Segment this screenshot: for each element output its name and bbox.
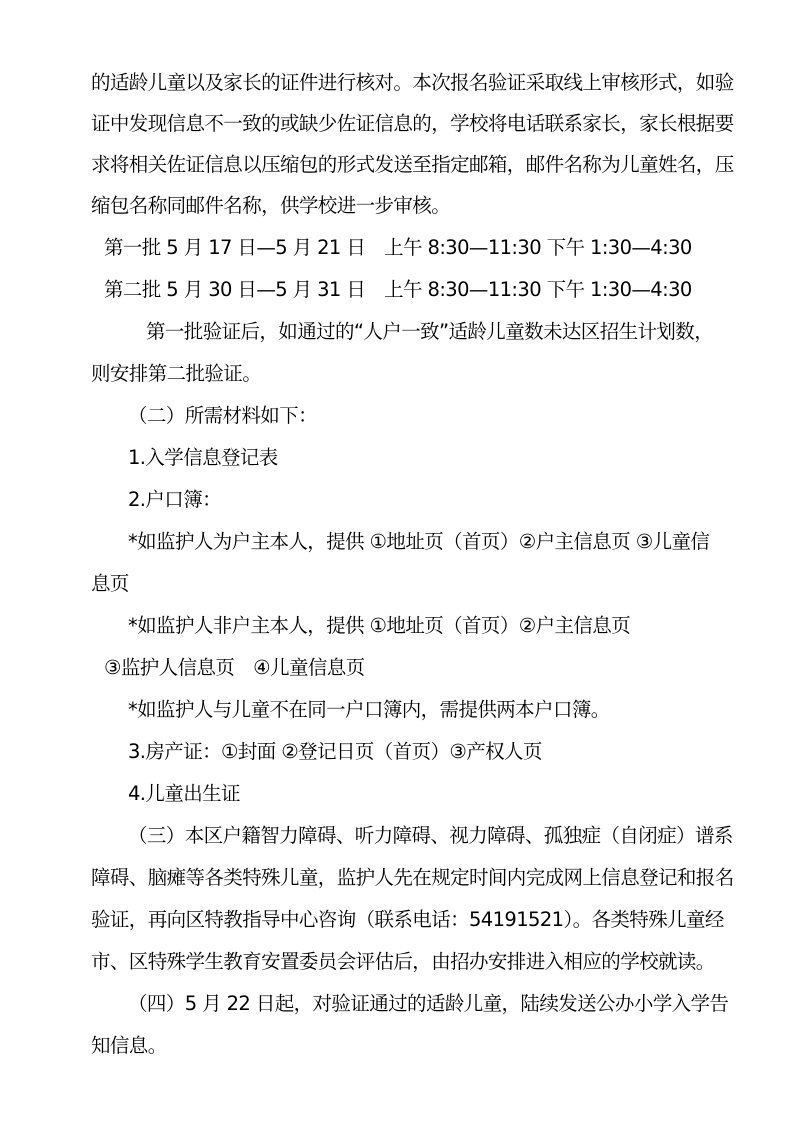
material-item: 4.儿童出生证 <box>128 782 240 806</box>
material-item: 2.户口簿： <box>128 488 221 512</box>
material-note: *如监护人为户主本人，提供 ①地址页（首页）②户主信息页 ③儿童信 <box>128 530 709 554</box>
section-3-line: 验证，再向区特教指导中心咨询（联系电话：54191521）。各类特殊儿童经 <box>91 908 724 932</box>
material-note: ③监护人信息页 ④儿童信息页 <box>104 656 365 680</box>
section-3-line: 障碍、脑瘫等各类特殊儿童，监护人先在规定时间内完成网上信息登记和报名 <box>91 866 734 890</box>
material-note: *如监护人与儿童不在同一户口簿内，需提供两本户口簿。 <box>128 698 610 722</box>
paragraph-line: 的适龄儿童以及家长的证件进行核对。本次报名验证采取线上审核形式，如验 <box>91 71 734 95</box>
section-4-line: （四）5 月 22 日起，对验证通过的适龄儿童，陆续发送公办小学入学告 <box>128 992 728 1016</box>
paragraph-line: 证中发现信息不一致的或缺少佐证信息的，学校将电话联系家长，家长根据要 <box>91 112 734 136</box>
paragraph-line: 则安排第二批验证。 <box>91 362 261 386</box>
paragraph-line: 缩包名称同邮件名称，供学校进一步审核。 <box>91 194 450 218</box>
section-4-line: 知信息。 <box>91 1034 167 1058</box>
paragraph-line: 第一批验证后，如通过的“人户一致”适龄儿童数未达区招生计划数， <box>146 320 713 344</box>
material-item: 1.入学信息登记表 <box>128 446 278 470</box>
section-3-line: （三）本区户籍智力障碍、听力障碍、视力障碍、孤独症（自闭症）谱系 <box>128 824 733 848</box>
paragraph-line: 求将相关佐证信息以压缩包的形式发送至指定邮箱，邮件名称为儿童姓名，压 <box>91 153 734 177</box>
material-item: 3.房产证：①封面 ②登记日页（首页）③产权人页 <box>128 740 542 764</box>
schedule-batch-1: 第一批 5 月 17 日—5 月 21 日 上午 8:30—11:30 下午 1… <box>104 236 692 260</box>
section-3-line: 市、区特殊学生教育安置委员会评估后，由招办安排进入相应的学校就读。 <box>91 950 715 974</box>
schedule-batch-2: 第二批 5 月 30 日—5 月 31 日 上午 8:30—11:30 下午 1… <box>104 278 692 302</box>
document-page: 的适龄儿童以及家长的证件进行核对。本次报名验证采取线上审核形式，如验 证中发现信… <box>0 0 794 1123</box>
material-note: 息页 <box>91 572 129 596</box>
section-heading: （二）所需材料如下： <box>128 404 317 428</box>
material-note: *如监护人非户主本人，提供 ①地址页（首页）②户主信息页 <box>128 614 630 638</box>
